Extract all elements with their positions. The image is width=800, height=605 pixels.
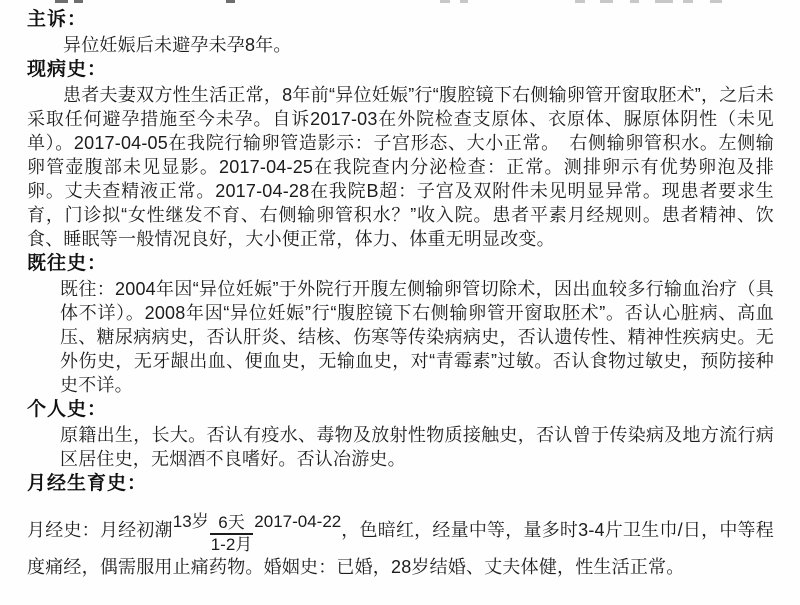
personal-history-text: 原籍出生，长大。否认有疫水、毒物及放射性物质接触史，否认曾于传染病及地方流行病区… [60, 423, 774, 471]
section-title-present-illness: 现病史： [27, 57, 774, 83]
section-title-past-history: 既往史： [27, 251, 774, 277]
last-menstrual-period-date: 2017-04-22 [254, 512, 341, 531]
menstrual-history-prefix: 月经史：月经初潮 [27, 520, 173, 540]
section-title-chief-complaint: 主诉： [27, 7, 774, 33]
medical-record-document: 主诉： 异位妊娠后未避孕未孕8年。 现病史： 患者夫妻双方性生活正常，8年前“异… [0, 0, 800, 605]
past-history-text: 既往：2004年因“异位妊娠”于外院行开腹左侧输卵管切除术，因出血较多行输血治疗… [60, 277, 774, 397]
cut-off-previous-line-fragments [0, 0, 800, 4]
menstrual-duration-cycle-fraction: 6天1-2月 [210, 513, 254, 555]
present-illness-text: 患者夫妻双方性生活正常，8年前“异位妊娠”行“腹腔镜下右侧输卵管开窗取胚术”，之… [27, 83, 774, 251]
section-title-menstrual-obstetric-history: 月经生育史： [27, 471, 774, 497]
menstrual-history-line: 月经史：月经初潮13岁6天1-2月2017-04-22，色暗红，经量中等，量多时… [27, 513, 774, 579]
section-title-personal-history: 个人史： [27, 397, 774, 423]
menarche-age: 13岁 [173, 512, 209, 531]
chief-complaint-text: 异位妊娠后未避孕未孕8年。 [27, 33, 774, 57]
menstrual-duration: 6天 [210, 513, 254, 535]
menstrual-cycle: 1-2月 [210, 535, 254, 555]
